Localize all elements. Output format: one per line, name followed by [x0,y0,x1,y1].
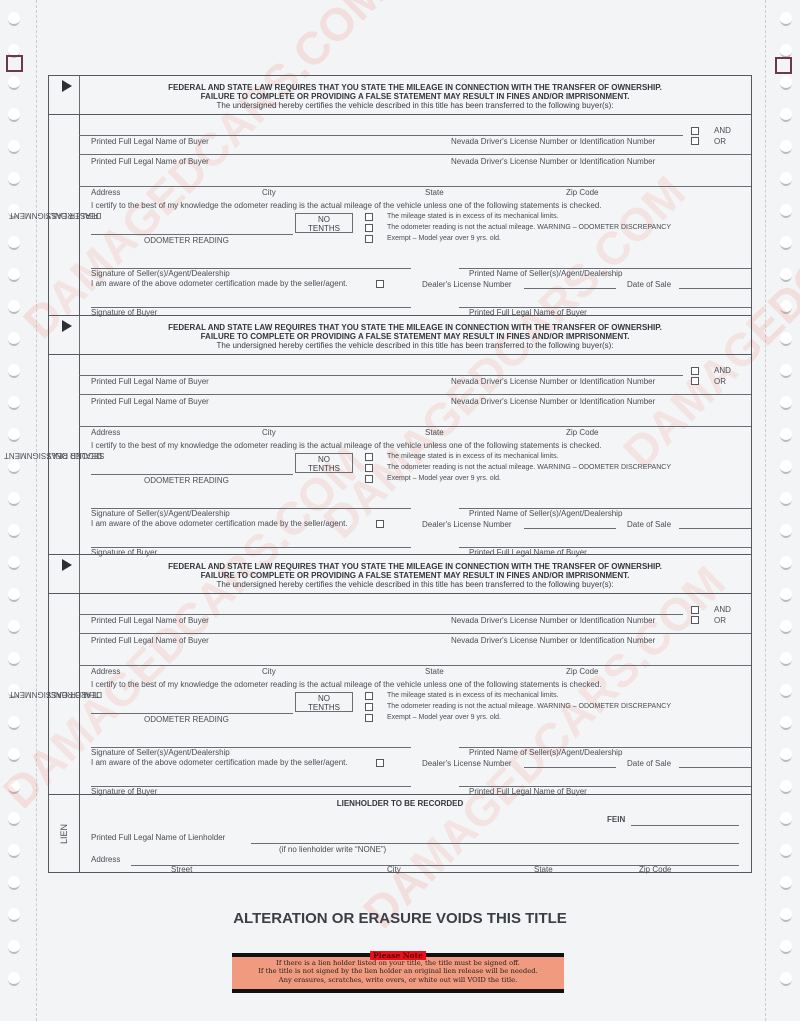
and-label: AND [714,605,731,614]
seller-signature-label: Signature of Seller(s)/Agent/Dealership [91,269,230,278]
reassignment-section-3: FEDERAL AND STATE LAW REQUIRES THAT YOU … [49,554,751,794]
no-tenths-box: NOTENTHS [295,453,353,473]
and-label: AND [714,366,731,375]
arrow-icon [62,559,72,571]
buyer-aware-checkbox[interactable] [376,280,384,288]
lienholder-name-field[interactable] [251,843,739,844]
odometer-certify-text: I certify to the best of my knowledge th… [91,201,602,210]
lien-section: LIEN LIENHOLDER TO BE RECORDED FEIN Prin… [49,794,751,873]
lienholder-none-hint: (if no lienholder write “NONE”) [279,845,386,854]
odometer-reading-label: ODOMETER READING [144,476,229,485]
tractor-hole [8,76,20,90]
zip-label: Zip Code [566,667,598,676]
state-label: State [425,188,444,197]
odometer-discrepancy-label: The odometer reading is not the actual m… [387,464,671,471]
buyer-name-field-2[interactable] [79,394,751,395]
or-checkbox[interactable] [691,137,699,145]
license-label: Nevada Driver's License Number or Identi… [451,397,655,406]
tractor-hole [780,748,792,762]
tractor-hole [780,332,792,346]
tractor-hole [8,588,20,602]
address-label: Address [91,188,120,197]
section-side-label: THIRD REASSIGNMENTDEALER ONLY [49,593,80,794]
fein-label: FEIN [607,815,625,824]
dealer-license-label: Dealer's License Number [422,520,512,529]
tractor-hole [8,460,20,474]
tractor-hole [780,364,792,378]
tractor-hole [8,236,20,250]
buyer-name-label: Printed Full Legal Name of Buyer [91,616,209,625]
lien-address-label: Address [91,855,120,864]
tractor-hole [780,556,792,570]
lien-title: LIENHOLDER TO BE RECORDED [49,799,751,808]
buyer-name-field-1[interactable] [79,375,683,376]
tractor-hole [8,748,20,762]
buyer-aware-checkbox[interactable] [376,520,384,528]
tractor-hole [780,172,792,186]
tractor-hole [8,364,20,378]
tractor-hole [8,140,20,154]
and-checkbox[interactable] [691,127,699,135]
buyer-name-label: Printed Full Legal Name of Buyer [91,377,209,386]
dealer-license-label: Dealer's License Number [422,759,512,768]
tractor-hole [780,812,792,826]
mechanical-limits-checkbox[interactable] [365,453,373,461]
exempt-checkbox[interactable] [365,475,373,483]
buyer-name-field-1[interactable] [79,135,683,136]
exempt-label: Exempt – Model year over 9 yrs. old. [387,475,501,482]
lien-city-label: City [387,865,401,874]
no-tenths-box: NOTENTHS [295,692,353,712]
tractor-hole [8,940,20,954]
address-field[interactable] [79,186,751,187]
odometer-discrepancy-checkbox[interactable] [365,464,373,472]
odometer-reading-label: ODOMETER READING [144,236,229,245]
tractor-hole [8,876,20,890]
buyer-name-label: Printed Full Legal Name of Buyer [91,137,209,146]
tractor-hole [780,44,792,58]
tractor-hole [8,428,20,442]
fein-field[interactable] [631,825,739,826]
address-field[interactable] [79,426,751,427]
left-perforation [36,0,38,1021]
license-label: Nevada Driver's License Number or Identi… [451,137,655,146]
mechanical-limits-label: The mileage stated is in excess of its m… [387,692,559,699]
tractor-hole [780,684,792,698]
odometer-certify-text: I certify to the best of my knowledge th… [91,680,602,689]
tractor-hole [780,108,792,122]
tractor-hole [780,588,792,602]
odometer-discrepancy-checkbox[interactable] [365,224,373,232]
exempt-label: Exempt – Model year over 9 yrs. old. [387,714,501,721]
law-notice: FEDERAL AND STATE LAW REQUIRES THAT YOU … [79,83,751,110]
lien-state-label: State [534,865,553,874]
buyer-aware-checkbox[interactable] [376,759,384,767]
note-line-2: If the title is not signed by the lien h… [232,967,564,975]
no-tenths-box: NOTENTHS [295,213,353,233]
buyer-name-label: Printed Full Legal Name of Buyer [91,157,209,166]
lien-street-label: Street [171,865,192,874]
and-checkbox[interactable] [691,367,699,375]
tractor-hole [780,236,792,250]
right-perforation [765,0,767,1021]
tractor-hole [8,652,20,666]
date-of-sale-label: Date of Sale [627,520,671,529]
mileage-law-header: FEDERAL AND STATE LAW REQUIRES THAT YOU … [49,555,751,594]
mechanical-limits-label: The mileage stated is in excess of its m… [387,213,559,220]
odometer-reading-label: ODOMETER READING [144,715,229,724]
or-label: OR [714,377,726,386]
license-label: Nevada Driver's License Number or Identi… [451,377,655,386]
tractor-hole [780,460,792,474]
please-note-title: Please Note [370,951,426,960]
address-field[interactable] [79,665,751,666]
law-notice: FEDERAL AND STATE LAW REQUIRES THAT YOU … [79,562,751,589]
mileage-law-header: FEDERAL AND STATE LAW REQUIRES THAT YOU … [49,316,751,355]
law-notice: FEDERAL AND STATE LAW REQUIRES THAT YOU … [79,323,751,350]
section-side-label: SECOND REASSIGNMENTDEALER ONLY [49,354,80,555]
seller-signature-label: Signature of Seller(s)/Agent/Dealership [91,509,230,518]
date-of-sale-field[interactable] [679,767,751,768]
odometer-certify-text: I certify to the best of my knowledge th… [91,441,602,450]
registration-mark-right [775,57,792,74]
or-label: OR [714,137,726,146]
tractor-hole [780,972,792,986]
seller-signature-label: Signature of Seller(s)/Agent/Dealership [91,748,230,757]
tractor-hole [8,300,20,314]
or-checkbox[interactable] [691,616,699,624]
tractor-hole [8,812,20,826]
tractor-hole [780,876,792,890]
date-of-sale-field[interactable] [679,288,751,289]
tractor-hole [8,492,20,506]
tractor-hole [8,268,20,282]
tractor-hole [8,716,20,730]
tractor-hole [780,300,792,314]
lien-zip-label: Zip Code [639,865,671,874]
tractor-hole [780,204,792,218]
buyer-aware-label: I am aware of the above odometer certifi… [91,758,348,767]
tractor-hole [8,332,20,346]
state-label: State [425,428,444,437]
seller-printed-label: Printed Name of Seller(s)/Agent/Dealersh… [469,509,622,518]
tractor-hole [8,972,20,986]
odometer-reading-field[interactable] [91,713,293,714]
tractor-hole [780,716,792,730]
section-side-label: FIRST REASSIGNMENTDEALER ONLY [49,114,80,315]
odometer-reading-field[interactable] [91,234,293,235]
tractor-hole [780,396,792,410]
odometer-reading-field[interactable] [91,474,293,475]
and-label: AND [714,126,731,135]
tractor-hole [780,780,792,794]
zip-label: Zip Code [566,428,598,437]
mechanical-limits-label: The mileage stated is in excess of its m… [387,453,559,460]
dealer-license-label: Dealer's License Number [422,280,512,289]
license-label: Nevada Driver's License Number or Identi… [451,616,655,625]
tractor-hole [780,940,792,954]
note-line-1: If there is a lien holder listed on your… [232,959,564,967]
date-of-sale-label: Date of Sale [627,759,671,768]
odometer-discrepancy-checkbox[interactable] [365,703,373,711]
seller-printed-label: Printed Name of Seller(s)/Agent/Dealersh… [469,269,622,278]
odometer-discrepancy-label: The odometer reading is not the actual m… [387,224,671,231]
tractor-hole [8,524,20,538]
tractor-hole [780,620,792,634]
tractor-hole [8,172,20,186]
reassignment-section-1: FEDERAL AND STATE LAW REQUIRES THAT YOU … [49,76,751,315]
tractor-hole [780,652,792,666]
tractor-hole [780,140,792,154]
arrow-icon [62,80,72,92]
city-label: City [262,428,276,437]
exempt-label: Exempt – Model year over 9 yrs. old. [387,235,501,242]
state-label: State [425,667,444,676]
tractor-hole [780,268,792,282]
date-of-sale-field[interactable] [679,528,751,529]
mechanical-limits-checkbox[interactable] [365,692,373,700]
dealer-license-field[interactable] [524,528,616,529]
or-label: OR [714,616,726,625]
tractor-hole [8,620,20,634]
dealer-license-field[interactable] [524,767,616,768]
tractor-hole [8,844,20,858]
tractor-hole [8,556,20,570]
mileage-law-header: FEDERAL AND STATE LAW REQUIRES THAT YOU … [49,76,751,115]
tractor-hole [8,780,20,794]
lienholder-name-label: Printed Full Legal Name of Lienholder [91,833,225,842]
registration-mark-left [6,55,23,72]
license-label: Nevada Driver's License Number or Identi… [451,636,655,645]
address-label: Address [91,428,120,437]
buyer-name-label: Printed Full Legal Name of Buyer [91,397,209,406]
or-checkbox[interactable] [691,377,699,385]
tractor-hole [780,12,792,26]
arrow-icon [62,320,72,332]
mechanical-limits-checkbox[interactable] [365,213,373,221]
buyer-aware-label: I am aware of the above odometer certifi… [91,519,348,528]
exempt-checkbox[interactable] [365,235,373,243]
buyer-name-field-2[interactable] [79,154,751,155]
tractor-hole [780,524,792,538]
buyer-name-field-2[interactable] [79,633,751,634]
please-note-box: Please Note If there is a lien holder li… [232,953,564,993]
tractor-hole [780,428,792,442]
license-label: Nevada Driver's License Number or Identi… [451,157,655,166]
address-label: Address [91,667,120,676]
exempt-checkbox[interactable] [365,714,373,722]
odometer-discrepancy-label: The odometer reading is not the actual m… [387,703,671,710]
dealer-license-field[interactable] [524,288,616,289]
date-of-sale-label: Date of Sale [627,280,671,289]
buyer-name-field-1[interactable] [79,614,683,615]
seller-printed-label: Printed Name of Seller(s)/Agent/Dealersh… [469,748,622,757]
city-label: City [262,667,276,676]
title-reassignment-form: FEDERAL AND STATE LAW REQUIRES THAT YOU … [48,75,752,873]
city-label: City [262,188,276,197]
note-line-3: Any erasures, scratches, write overs, or… [232,976,564,984]
tractor-hole [780,76,792,90]
tractor-hole [780,492,792,506]
and-checkbox[interactable] [691,606,699,614]
tractor-hole [8,396,20,410]
buyer-name-label: Printed Full Legal Name of Buyer [91,636,209,645]
alteration-warning: ALTERATION OR ERASURE VOIDS THIS TITLE [0,910,800,927]
tractor-hole [8,12,20,26]
zip-label: Zip Code [566,188,598,197]
tractor-hole [780,844,792,858]
buyer-aware-label: I am aware of the above odometer certifi… [91,279,348,288]
tractor-hole [8,108,20,122]
reassignment-section-2: FEDERAL AND STATE LAW REQUIRES THAT YOU … [49,315,751,555]
